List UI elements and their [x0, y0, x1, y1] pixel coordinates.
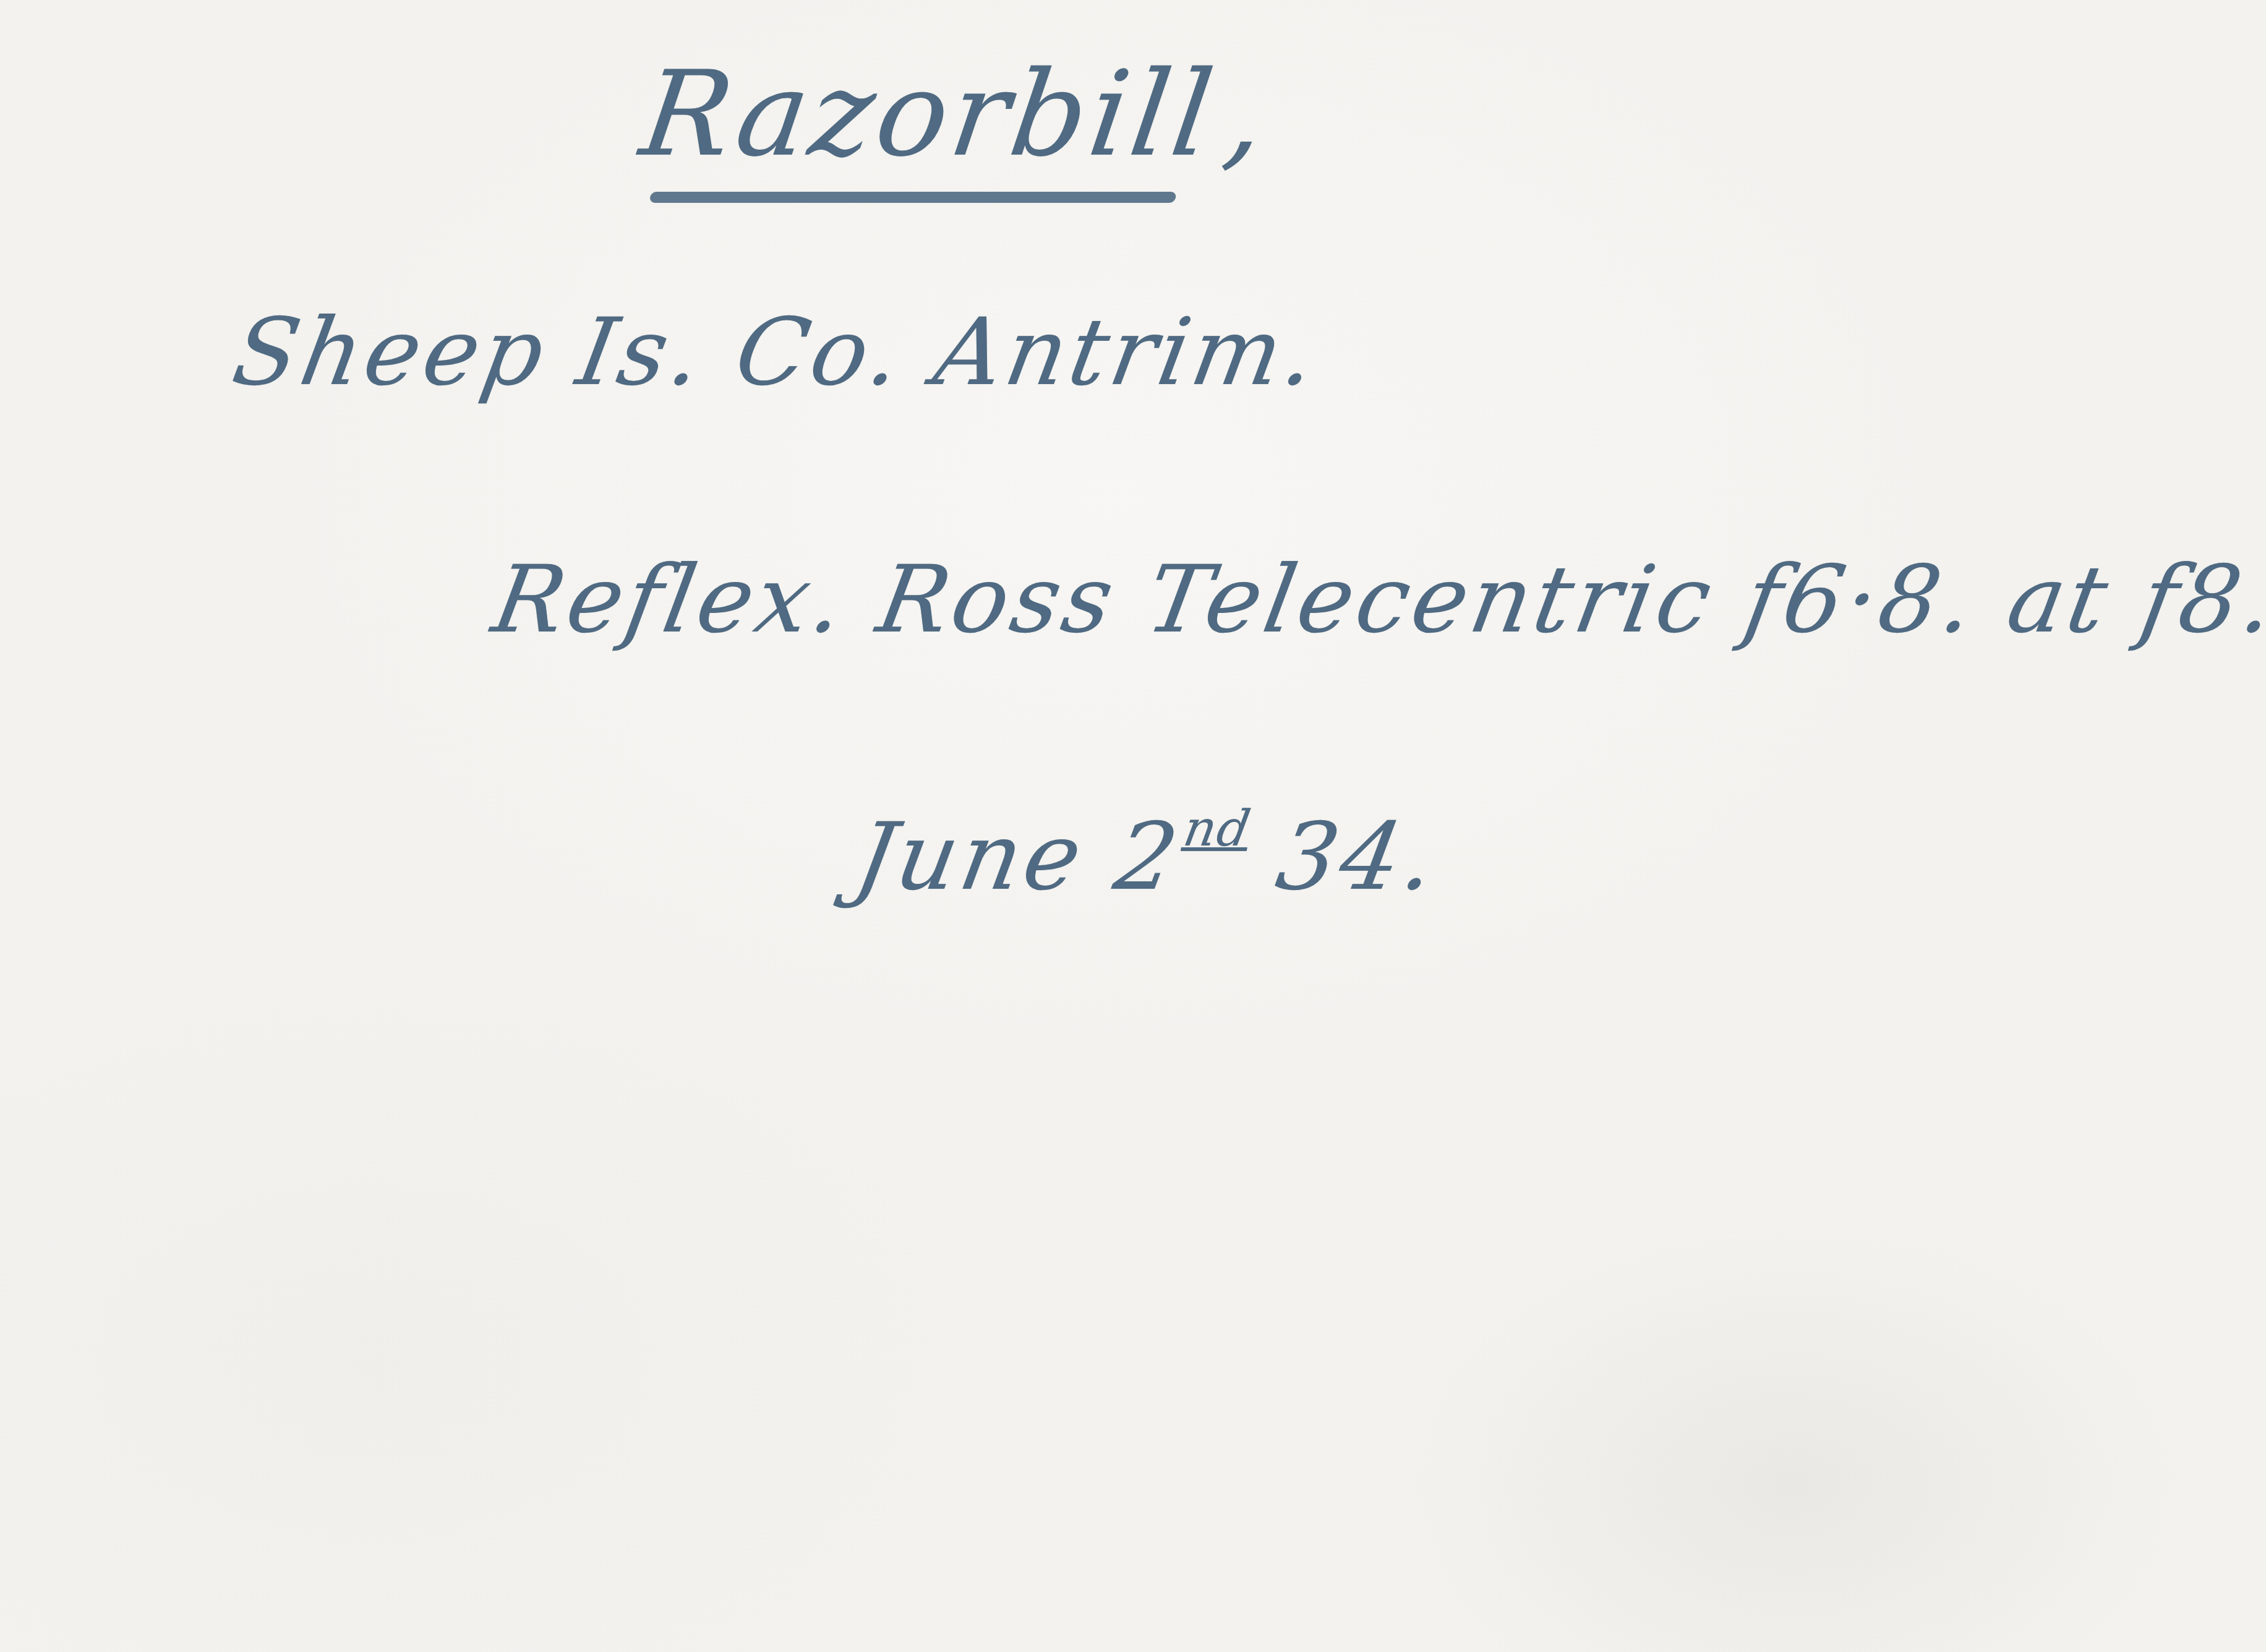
date-day-suffix: nd — [1179, 800, 1255, 857]
note-card: Razorbill, Sheep Is. Co. Antrim. Reflex.… — [0, 0, 2266, 1652]
camera-details-line: Reflex. Ross Telecentric f6·8. at f8. — [483, 532, 2266, 668]
title-comma: , — [1217, 43, 1278, 186]
date-line: June 2nd 34. — [845, 761, 1455, 925]
date-month: June — [848, 803, 1093, 911]
title-underline — [649, 192, 1177, 203]
species-title: Razorbill, — [633, 43, 1278, 186]
location-line: Sheep Is. Co. Antrim. — [224, 291, 1328, 414]
date-year: 34. — [1269, 803, 1447, 911]
species-name: Razorbill — [633, 43, 1225, 186]
date-day: 2 — [1107, 803, 1189, 911]
